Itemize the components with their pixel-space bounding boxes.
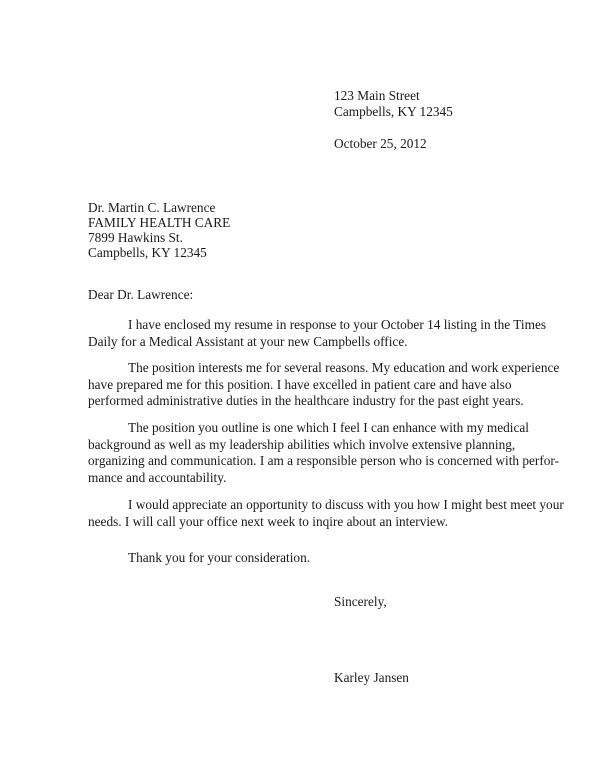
paragraph-line: I have enclosed my resume in response to… [88,317,546,334]
paragraph-line: performed administrative duties in the h… [88,393,559,410]
paragraph-line: I would appreciate an opportunity to dis… [88,497,564,514]
paragraph-line: mance and accountability. [88,470,559,487]
body-paragraph-4: I would appreciate an opportunity to dis… [88,497,564,530]
paragraph-line: The position you outline is one which I … [88,420,559,437]
body-paragraph-3: The position you outline is one which I … [88,420,559,486]
paragraph-line: have prepared me for this position. I ha… [88,377,559,394]
letter-date: October 25, 2012 [334,136,427,152]
sender-city-state-zip: Campbells, KY 12345 [334,104,453,120]
signoff: Sincerely, [334,594,387,610]
salutation: Dear Dr. Lawrence: [88,287,193,303]
paragraph-line: organizing and communication. I am a res… [88,453,559,470]
recipient-city-state-zip: Campbells, KY 12345 [88,245,207,261]
signature-name: Karley Jansen [334,670,409,686]
closing-line: Thank you for your consideration. [88,550,310,566]
sender-street: 123 Main Street [334,88,420,104]
paragraph-line: The position interests me for several re… [88,360,559,377]
recipient-street: 7899 Hawkins St. [88,230,183,246]
paragraph-line: background as well as my leadership abil… [88,437,559,454]
body-paragraph-2: The position interests me for several re… [88,360,559,410]
recipient-company: FAMILY HEALTH CARE [88,215,230,231]
paragraph-line: needs. I will call your office next week… [88,514,564,531]
body-paragraph-1: I have enclosed my resume in response to… [88,317,546,350]
recipient-name: Dr. Martin C. Lawrence [88,200,215,216]
paragraph-line: Daily for a Medical Assistant at your ne… [88,334,546,351]
